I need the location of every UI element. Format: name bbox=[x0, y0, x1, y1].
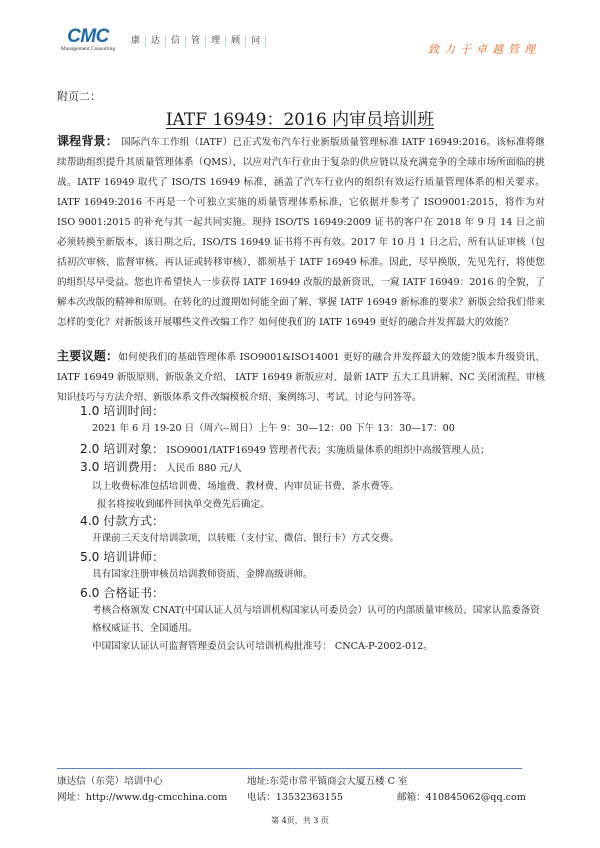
section-instructor: 5.0 培训讲师： 具有国家注册审核员培训教师资质、金牌高级讲师。 bbox=[80, 548, 540, 584]
appendix-label: 附页二： bbox=[57, 88, 101, 104]
page-indicator: 第 4页，共 3 页 bbox=[0, 815, 600, 826]
section-inline-value: 人民币 880 元/人 bbox=[166, 460, 242, 478]
page-title: IATF 16949：2016 内审员培训班 bbox=[0, 105, 600, 130]
company-char: 康 bbox=[126, 35, 146, 47]
logo-subtitle: Management Consulting bbox=[58, 46, 118, 53]
section-heading: 2.0 培训对象： bbox=[80, 440, 164, 458]
footer-address: 地址:东莞市常平镇商会大厦五楼 C 室 bbox=[247, 774, 408, 790]
main-topics: 主要议题：如何使我们的基础管理体系 ISO9001&ISO14001 更好的融合… bbox=[57, 346, 545, 408]
section-line: 中国国家认证认可监督管理委员会认可培训机构批准号： CNCA-P-2002-01… bbox=[80, 638, 540, 656]
section-fee: 3.0 培训费用：人民币 880 元/人 以上收费标准包括培训费、场地费、教材费… bbox=[80, 458, 540, 514]
document-page: CMC Management Consulting 康 达 信 管 理 顾 问 … bbox=[0, 0, 600, 848]
footer: 康达信（东莞）培训中心 地址:东莞市常平镇商会大厦五楼 C 室 网址：http:… bbox=[57, 774, 537, 806]
section-line: 具有国家注册审核员培训教师资质、金牌高级讲师。 bbox=[80, 566, 540, 584]
section-heading: 4.0 付款方式： bbox=[80, 512, 164, 530]
company-char: 信 bbox=[166, 35, 186, 47]
section-line: 考核合格颁发 CNAT(中国认证人员与培训机构国家认可委员会）认可的内部质量审核… bbox=[80, 602, 540, 638]
footer-website[interactable]: 网址：http://www.dg-cmcchina.com bbox=[57, 790, 247, 806]
title-text: IATF 16949：2016 内审员培训班 bbox=[166, 110, 434, 130]
section-heading: 5.0 培训讲师： bbox=[80, 548, 164, 566]
course-background: 课程背景： 国际汽车工作组（IATF）已正式发布汽车行业新版质量管理标准 IAT… bbox=[57, 131, 545, 333]
section-line: 2021 年 6 月 19-20 日（周六--周日）上午 9：30—12：00 … bbox=[80, 420, 540, 438]
letterhead: CMC Management Consulting 康 达 信 管 理 顾 问 … bbox=[58, 28, 578, 58]
section-payment: 4.0 付款方式： 开课前三天支付培训款项，以转账（支付宝、微信、银行卡）方式交… bbox=[80, 512, 540, 548]
section-audience: 2.0 培训对象：ISO9001/IATF16949 管理者代表；实施质量体系的… bbox=[80, 440, 540, 460]
topics-text: 如何使我们的基础管理体系 ISO9001&ISO14001 更好的融合并发挥最大… bbox=[57, 352, 545, 403]
footer-email[interactable]: 邮箱：410845062@qq.com bbox=[397, 790, 526, 806]
company-name: 康 达 信 管 理 顾 问 bbox=[126, 35, 266, 47]
company-char: 理 bbox=[206, 35, 226, 47]
footer-divider bbox=[57, 768, 522, 769]
background-text: 国际汽车工作组（IATF）已正式发布汽车行业新版质量管理标准 IATF 1694… bbox=[57, 137, 545, 328]
company-char: 顾 bbox=[226, 35, 246, 47]
topics-label: 主要议题： bbox=[57, 349, 118, 363]
company-char: 达 bbox=[146, 35, 166, 47]
section-heading: 6.0 合格证书： bbox=[80, 584, 164, 602]
cmc-logo: CMC Management Consulting bbox=[58, 28, 118, 56]
section-line: 以上收费标准包括培训费、场地费、教材费、内审员证书费、茶水费等。 bbox=[80, 478, 540, 496]
background-label: 课程背景： bbox=[57, 134, 118, 148]
footer-org-name: 康达信（东莞）培训中心 bbox=[57, 774, 247, 790]
logo-text: CMC bbox=[58, 28, 118, 46]
slogan: 致力于卓越管理 bbox=[428, 41, 540, 57]
section-line: 开课前三天支付培训款项，以转账（支付宝、微信、银行卡）方式交费。 bbox=[80, 530, 540, 548]
section-certificate: 6.0 合格证书： 考核合格颁发 CNAT(中国认证人员与培训机构国家认可委员会… bbox=[80, 584, 540, 656]
section-heading: 3.0 培训费用： bbox=[80, 458, 164, 476]
footer-phone: 电话：13532363155 bbox=[247, 790, 397, 806]
company-char: 问 bbox=[246, 35, 266, 47]
section-training-time: 1.0 培训时间： 2021 年 6 月 19-20 日（周六--周日）上午 9… bbox=[80, 402, 540, 438]
company-char: 管 bbox=[186, 35, 206, 47]
section-heading: 1.0 培训时间： bbox=[80, 402, 164, 420]
